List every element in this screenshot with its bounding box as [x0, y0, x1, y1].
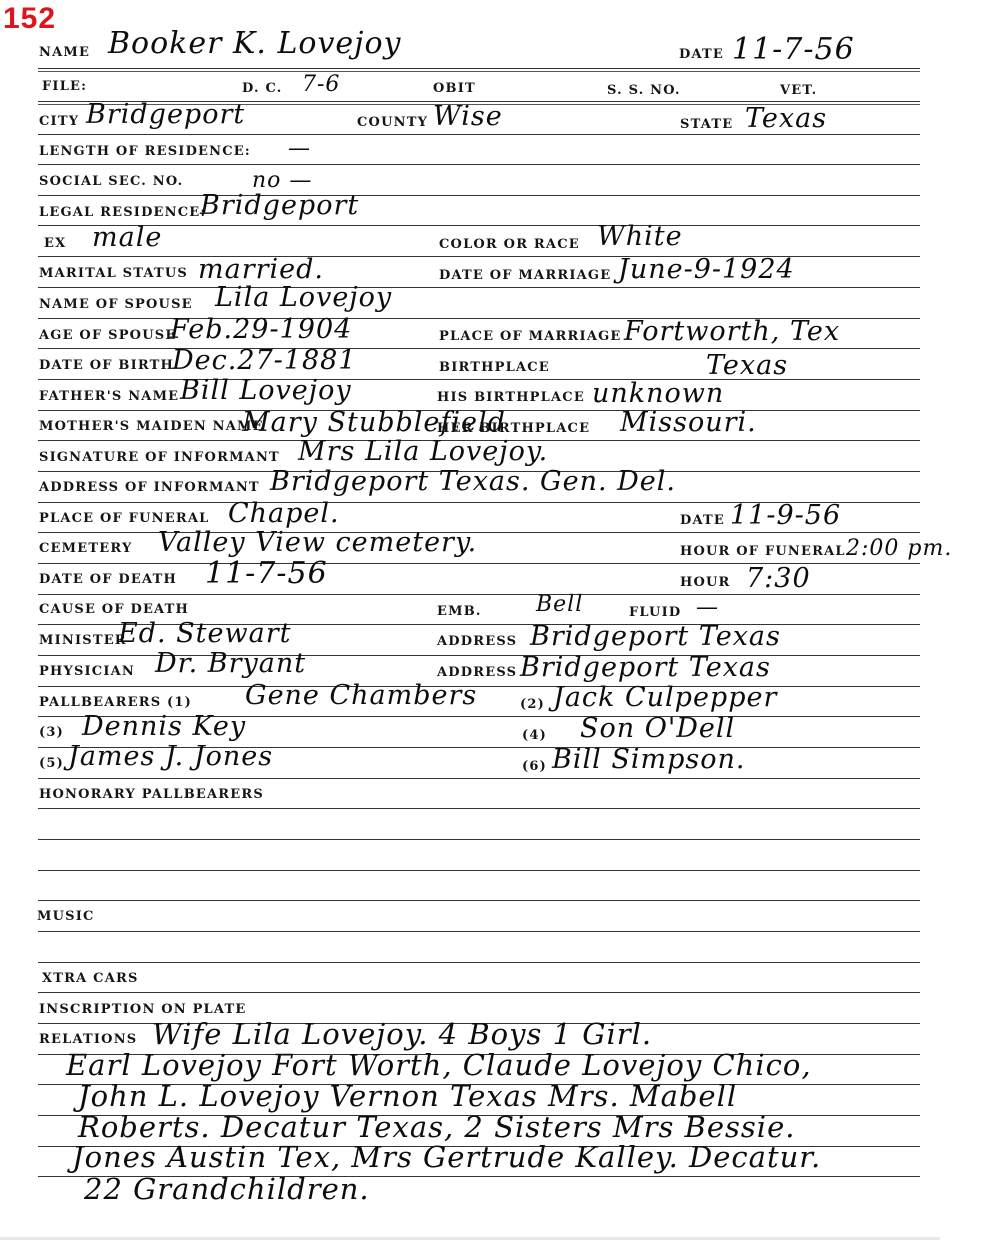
label-date-of-death: DATE OF DEATH	[39, 572, 177, 587]
relations-line-2[interactable]: Earl Lovejoy Fort Worth, Claude Lovejoy …	[66, 1048, 812, 1082]
field-birthplace[interactable]: Texas	[706, 350, 788, 381]
label-her-birthplace: HER BIRTHPLACE	[437, 421, 590, 436]
field-pallbearer-4[interactable]: Son O'Dell	[580, 713, 735, 744]
label-minister-address: ADDRESS	[437, 634, 517, 649]
field-place-of-funeral[interactable]: Chapel.	[228, 498, 340, 529]
field-date-of-death[interactable]: 11-7-56	[205, 556, 328, 591]
field-pallbearer-2[interactable]: Jack Culpepper	[553, 682, 777, 713]
label-his-birthplace: HIS BIRTHPLACE	[437, 390, 585, 405]
field-date-of-birth[interactable]: Dec.27-1881	[172, 345, 357, 376]
label-place-of-funeral: PLACE OF FUNERAL	[39, 511, 209, 526]
field-state[interactable]: Texas	[745, 103, 827, 134]
field-city[interactable]: Bridgeport	[86, 99, 245, 130]
field-pallbearer-6[interactable]: Bill Simpson.	[552, 744, 745, 775]
label-pallbearers-1: PALLBEARERS (1)	[39, 695, 192, 710]
label-vet: VET.	[780, 83, 817, 98]
label-name: NAME	[39, 45, 90, 60]
label-date-of-birth: DATE OF BIRTH	[39, 358, 174, 373]
relations-line-1[interactable]: Wife Lila Lovejoy. 4 Boys 1 Girl.	[152, 1017, 652, 1051]
label-city: CITY	[39, 114, 79, 129]
label-state: STATE	[680, 117, 733, 132]
field-physician[interactable]: Dr. Bryant	[155, 648, 306, 679]
label-obit: OBIT	[433, 81, 476, 96]
label-date-of-marriage: DATE OF MARRIAGE	[439, 268, 611, 283]
field-her-birthplace[interactable]: Missouri.	[620, 407, 757, 438]
label-dc: D. C.	[242, 81, 283, 96]
page-number: 152	[3, 2, 56, 36]
label-length-of-residence: LENGTH OF RESIDENCE:	[39, 144, 251, 159]
label-sex: EX	[44, 236, 66, 251]
label-relations: RELATIONS	[39, 1032, 137, 1047]
label-pallbearer-5: (5)	[39, 756, 64, 771]
field-name-of-spouse[interactable]: Lila Lovejoy	[215, 282, 392, 313]
field-emb[interactable]: Bell	[536, 592, 583, 617]
relations-line-5[interactable]: Jones Austin Tex, Mrs Gertrude Kalley. D…	[72, 1140, 821, 1174]
field-pallbearer-3[interactable]: Dennis Key	[82, 711, 246, 742]
label-mothers-maiden-name: MOTHER'S MAIDEN NAME	[39, 419, 264, 434]
field-his-birthplace[interactable]: unknown	[592, 378, 724, 409]
field-marital-status[interactable]: married.	[198, 254, 324, 285]
field-legal-residence[interactable]: Bridgeport	[200, 190, 359, 221]
page-bottom-edge	[0, 1237, 940, 1240]
label-music: MUSIC	[37, 909, 95, 924]
label-hour-of-funeral: HOUR OF FUNERAL	[680, 544, 846, 559]
field-date-of-marriage[interactable]: June-9-1924	[618, 254, 795, 285]
label-fathers-name: FATHER'S NAME	[39, 389, 179, 404]
label-fluid: FLUID	[629, 605, 681, 620]
field-address-of-informant[interactable]: Bridgeport Texas. Gen. Del.	[270, 466, 676, 497]
field-funeral-date[interactable]: 11-9-56	[730, 500, 841, 531]
label-name-of-spouse: NAME OF SPOUSE	[39, 297, 193, 312]
field-hour[interactable]: 7:30	[746, 563, 811, 594]
label-pallbearer-3: (3)	[39, 725, 64, 740]
field-physician-address[interactable]: Bridgeport Texas	[520, 652, 771, 683]
field-cemetery[interactable]: Valley View cemetery.	[158, 527, 477, 558]
label-birthplace: BIRTHPLACE	[439, 360, 550, 375]
label-address-of-informant: ADDRESS OF INFORMANT	[39, 480, 260, 495]
field-length-of-residence[interactable]: —	[288, 136, 311, 161]
field-signature-of-informant[interactable]: Mrs Lila Lovejoy.	[298, 436, 548, 467]
label-minister: MINISTER	[39, 633, 127, 648]
label-color-or-race: COLOR OR RACE	[439, 237, 580, 252]
label-county: COUNTY	[357, 115, 428, 130]
field-hour-of-funeral[interactable]: 2:00 pm.	[846, 536, 952, 561]
field-dc[interactable]: 7-6	[302, 72, 340, 97]
label-file: FILE:	[42, 79, 87, 94]
field-minister[interactable]: Ed. Stewart	[118, 618, 291, 649]
label-ss-no: S. S. NO.	[607, 83, 681, 98]
label-cemetery: CEMETERY	[39, 541, 132, 556]
field-minister-address[interactable]: Bridgeport Texas	[530, 621, 781, 652]
label-place-of-marriage: PLACE OF MARRIAGE	[439, 329, 622, 344]
label-date: DATE	[679, 47, 724, 62]
label-pallbearer-4: (4)	[522, 728, 547, 743]
field-date[interactable]: 11-7-56	[732, 32, 855, 67]
field-name[interactable]: Booker K. Lovejoy	[108, 26, 401, 61]
label-hour: HOUR	[680, 575, 731, 590]
field-color-or-race[interactable]: White	[597, 221, 683, 252]
field-age-of-spouse[interactable]: Feb.29-1904	[170, 314, 352, 345]
label-honorary-pallbearers: HONORARY PALLBEARERS	[39, 787, 264, 802]
relations-line-3[interactable]: John L. Lovejoy Vernon Texas Mrs. Mabell	[78, 1079, 737, 1113]
label-physician: PHYSICIAN	[39, 664, 135, 679]
relations-line-4[interactable]: Roberts. Decatur Texas, 2 Sisters Mrs Be…	[78, 1110, 795, 1144]
relations-line-6[interactable]: 22 Grandchildren.	[84, 1172, 370, 1206]
field-fluid[interactable]: —	[696, 595, 719, 620]
label-signature-of-informant: SIGNATURE OF INFORMANT	[39, 450, 280, 465]
label-marital-status: MARITAL STATUS	[39, 266, 188, 281]
field-county[interactable]: Wise	[433, 101, 503, 132]
label-age-of-spouse: AGE OF SPOUSE	[39, 328, 176, 343]
field-place-of-marriage[interactable]: Fortworth, Tex	[624, 316, 840, 347]
field-pallbearer-1[interactable]: Gene Chambers	[245, 680, 477, 711]
label-extra-cars: XTRA CARS	[42, 971, 139, 986]
field-sex[interactable]: male	[92, 222, 162, 253]
label-legal-residence: LEGAL RESIDENCE:	[39, 205, 206, 220]
label-social-sec-no: SOCIAL SEC. NO.	[39, 174, 183, 189]
label-funeral-date: DATE	[680, 513, 725, 528]
label-inscription-on-plate: INSCRIPTION ON PLATE	[39, 1002, 246, 1017]
field-pallbearer-5[interactable]: James J. Jones	[68, 741, 273, 772]
label-cause-of-death: CAUSE OF DEATH	[39, 602, 189, 617]
label-physician-address: ADDRESS	[437, 665, 517, 680]
label-pallbearer-2: (2)	[520, 697, 545, 712]
field-fathers-name[interactable]: Bill Lovejoy	[180, 375, 352, 406]
label-pallbearer-6: (6)	[522, 759, 547, 774]
label-emb: EMB.	[437, 604, 482, 619]
